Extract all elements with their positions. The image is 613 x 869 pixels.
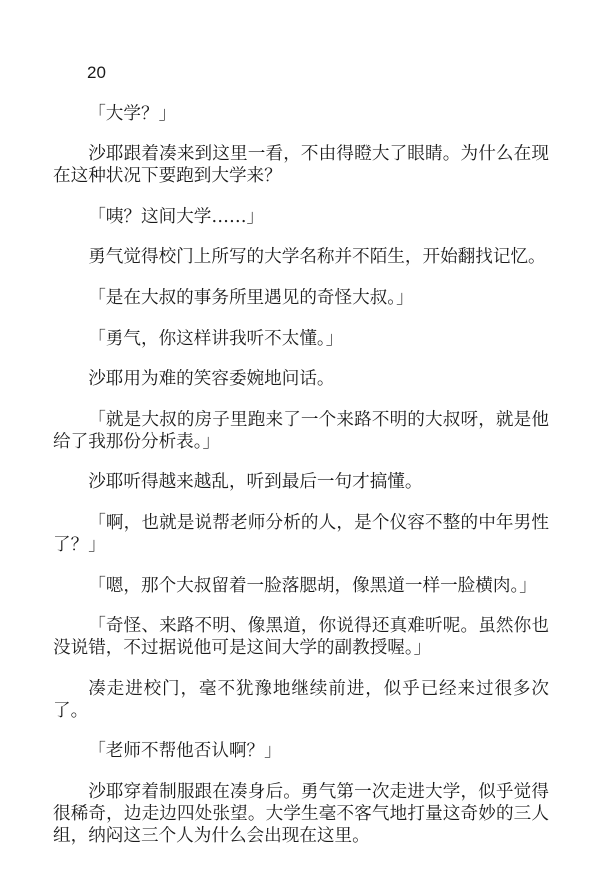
paragraph: 「奇怪、来路不明、像黑道，你说得还真难听呢。虽然你也没说错，不过据说他可是这间大… [53,615,549,659]
paragraph: 沙耶穿着制服跟在凑身后。勇气第一次走进大学，似乎觉得很稀奇，边走边四处张望。大学… [53,781,549,847]
paragraph: 勇气觉得校门上所写的大学名称并不陌生，开始翻找记忆。 [53,246,549,268]
paragraph: 「就是大叔的房子里跑来了一个来路不明的大叔呀，就是他给了我那份分析表。」 [53,409,549,453]
paragraph: 「大学？」 [53,103,549,125]
paragraph: 「嗯，那个大叔留着一脸落腮胡，像黑道一样一脸横肉。」 [53,575,549,597]
document-page: 20 「大学？」 沙耶跟着凑来到这里一看，不由得瞪大了眼睛。为什么在现在这种状况… [53,62,549,866]
paragraph: 凑走进校门，毫不犹豫地继续前进，似乎已经来过很多次了。 [53,678,549,722]
paragraph: 沙耶听得越来越乱，听到最后一句才搞懂。 [53,471,549,493]
paragraph: 「勇气，你这样讲我听不太懂。」 [53,328,549,350]
paragraph: 沙耶跟着凑来到这里一看，不由得瞪大了眼睛。为什么在现在这种状况下要跑到大学来？ [53,143,549,187]
chapter-number: 20 [53,62,549,84]
paragraph: 「啊，也就是说帮老师分析的人，是个仪容不整的中年男性了？」 [53,512,549,556]
paragraph: 「咦？这间大学……」 [53,206,549,228]
paragraph: 「是在大叔的事务所里遇见的奇怪大叔。」 [53,287,549,309]
paragraph: 「老师不帮他否认啊？」 [53,740,549,762]
paragraph: 沙耶用为难的笑容委婉地问话。 [53,368,549,390]
